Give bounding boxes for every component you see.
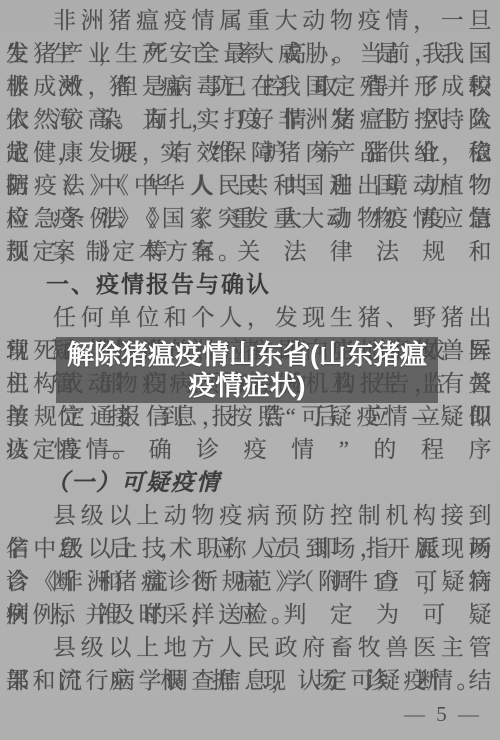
text-line: 生猪产业生产安全最大威胁。当前，我国非洲猪瘟防控取得了积 bbox=[6, 37, 495, 70]
watermark-title: 解除猪瘟疫情山东省(山东猪瘟疫情症状) bbox=[56, 337, 438, 402]
document-page: 非洲猪瘟疫情属重大动物疫情，一旦发生，死亡率高，是我国生猪产业生产安全最大威胁。… bbox=[0, 0, 500, 740]
text-line: 非洲猪瘟疫情属重大动物疫情，一旦发生，死亡率高，是我国 bbox=[6, 4, 495, 37]
heading-line: 一、疫情报告与确认 bbox=[6, 268, 495, 301]
text-line: 极成效，但是病毒已在我国定殖并形成较大污染面，疫情发生风险 bbox=[6, 70, 495, 103]
page-number: — 5 — bbox=[404, 702, 482, 727]
text-line: 果和流行病学调查信息，认定可疑疫情。 bbox=[6, 664, 495, 697]
heading-line: （一）可疑疫情 bbox=[6, 466, 495, 499]
text-line: 应急条例》《国家突发重大动物疫情应急预案》等有关法律法规和 bbox=[6, 202, 495, 235]
text-line: 依然较高。为扎实打好非洲猪瘟防控持久战，切实维护养猪业稳 bbox=[6, 103, 495, 136]
watermark-banner: 解除猪瘟疫情山东省(山东猪瘟疫情症状) bbox=[56, 337, 438, 403]
text-line: 县级以上地方人民政府畜牧兽医主管部门应根据现场诊断结 bbox=[6, 631, 495, 664]
text-line: 防疫法》《中华人民共和国进出境动植物检疫法》《重大动物疫情 bbox=[6, 169, 495, 202]
text-line: 定健康发展，有效保障猪肉产品供给，依据《中华人民共和国动物 bbox=[6, 136, 495, 169]
text-line: 任何单位和个人，发现生猪、野猪出现疑似非洲猪瘟症状或异 bbox=[6, 301, 495, 334]
text-line: 按规定通报信息，按照“可疑疫情—疑似疫情—确诊疫情”的程序 bbox=[6, 400, 495, 433]
text-line: 县级以上动物疫病预防控制机构接到信息后，应立即指派两 bbox=[6, 499, 495, 532]
text-line: 名中级以上技术职称人员到场，开展现场诊断和流行病学调查，符 bbox=[6, 532, 495, 565]
text-line: 合《非洲猪瘟诊断规范》（附件1）可疑病例标准的，应判定为可疑 bbox=[6, 565, 495, 598]
